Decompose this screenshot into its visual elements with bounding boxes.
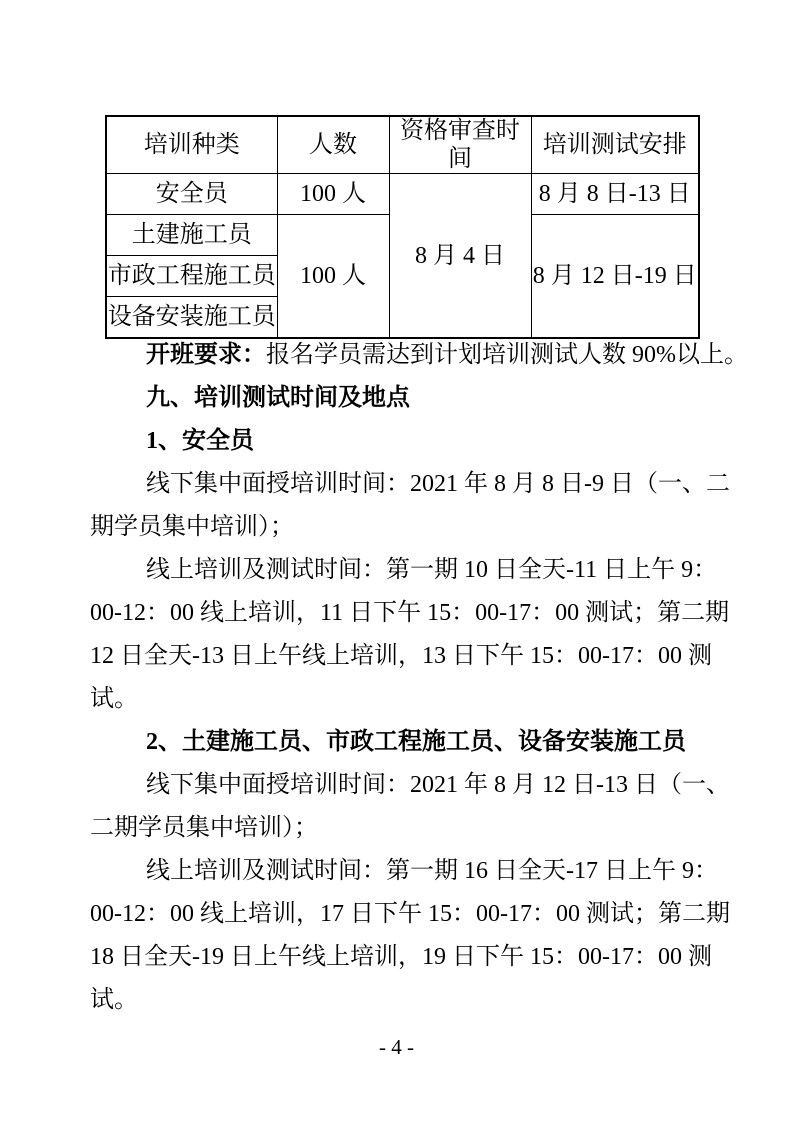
class-requirement-line: 开班要求：报名学员需达到计划培训测试人数 90%以上。 xyxy=(90,334,710,377)
text-line: 00-12：00 线上培训，17 日下午 15：00-17：00 测试；第二期 xyxy=(90,893,710,936)
text-line: 试。 xyxy=(90,678,710,721)
class-requirement-label: 开班要求： xyxy=(146,342,266,368)
paragraph-offline-training-1: 线下集中面授培训时间：2021 年 8 月 8 日-9 日（一、二 期学员集中培… xyxy=(90,463,710,549)
item-heading-2-constructors: 2、土建施工员、市政工程施工员、设备安装施工员 xyxy=(90,721,710,764)
page-number: - 4 - xyxy=(0,1035,793,1060)
document-body: 开班要求：报名学员需达到计划培训测试人数 90%以上。 九、培训测试时间及地点 … xyxy=(90,334,710,1022)
text-line: 二期学员集中培训）； xyxy=(90,807,710,850)
text-line: 线下集中面授培训时间：2021 年 8 月 8 日-9 日（一、二 xyxy=(90,463,710,506)
cell-count-safety-officer: 100 人 xyxy=(277,174,389,215)
text-line: 线上培训及测试时间：第一期 10 日全天-11 日上午 9： xyxy=(90,549,710,592)
text-line: 试。 xyxy=(90,979,710,1022)
col-header-headcount: 人数 xyxy=(277,116,389,174)
table-header-row: 培训种类 人数 资格审查时间 培训测试安排 xyxy=(106,116,699,174)
text-line: 线下集中面授培训时间：2021 年 8 月 12 日-13 日（一、 xyxy=(90,764,710,807)
cell-review-time: 8 月 4 日 xyxy=(389,174,531,339)
text-line: 12 日全天-13 日上午线上培训，13 日下午 15：00-17：00 测 xyxy=(90,635,710,678)
col-header-training-type: 培训种类 xyxy=(106,116,277,174)
cell-type-civil-constructor: 土建施工员 xyxy=(106,215,277,256)
section-heading-9: 九、培训测试时间及地点 xyxy=(90,377,710,420)
cell-schedule-group: 8 月 12 日-19 日 xyxy=(531,215,699,339)
training-schedule-table-wrap: 培训种类 人数 资格审查时间 培训测试安排 安全员 100 人 8 月 4 日 … xyxy=(105,115,700,339)
cell-type-safety-officer: 安全员 xyxy=(106,174,277,215)
cell-type-municipal-constructor: 市政工程施工员 xyxy=(106,256,277,297)
cell-schedule-safety-officer: 8 月 8 日-13 日 xyxy=(531,174,699,215)
text-line: 18 日全天-19 日上午线上培训，19 日下午 15：00-17：00 测 xyxy=(90,936,710,979)
col-header-review-time: 资格审查时间 xyxy=(389,116,531,174)
col-header-test-schedule: 培训测试安排 xyxy=(531,116,699,174)
document-page: 培训种类 人数 资格审查时间 培训测试安排 安全员 100 人 8 月 4 日 … xyxy=(0,0,793,1122)
text-line: 期学员集中培训）； xyxy=(90,506,710,549)
text-line: 线上培训及测试时间：第一期 16 日全天-17 日上午 9： xyxy=(90,850,710,893)
paragraph-online-training-1: 线上培训及测试时间：第一期 10 日全天-11 日上午 9： 00-12：00 … xyxy=(90,549,710,721)
item-heading-1-safety-officer: 1、安全员 xyxy=(90,420,710,463)
cell-count-group: 100 人 xyxy=(277,215,389,339)
class-requirement-text: 报名学员需达到计划培训测试人数 90%以上。 xyxy=(266,342,748,368)
paragraph-online-training-2: 线上培训及测试时间：第一期 16 日全天-17 日上午 9： 00-12：00 … xyxy=(90,850,710,1022)
table-row: 安全员 100 人 8 月 4 日 8 月 8 日-13 日 xyxy=(106,174,699,215)
text-line: 00-12：00 线上培训，11 日下午 15：00-17：00 测试；第二期 xyxy=(90,592,710,635)
training-schedule-table: 培训种类 人数 资格审查时间 培训测试安排 安全员 100 人 8 月 4 日 … xyxy=(105,115,700,339)
paragraph-offline-training-2: 线下集中面授培训时间：2021 年 8 月 12 日-13 日（一、 二期学员集… xyxy=(90,764,710,850)
cell-type-equipment-installer: 设备安装施工员 xyxy=(106,297,277,339)
